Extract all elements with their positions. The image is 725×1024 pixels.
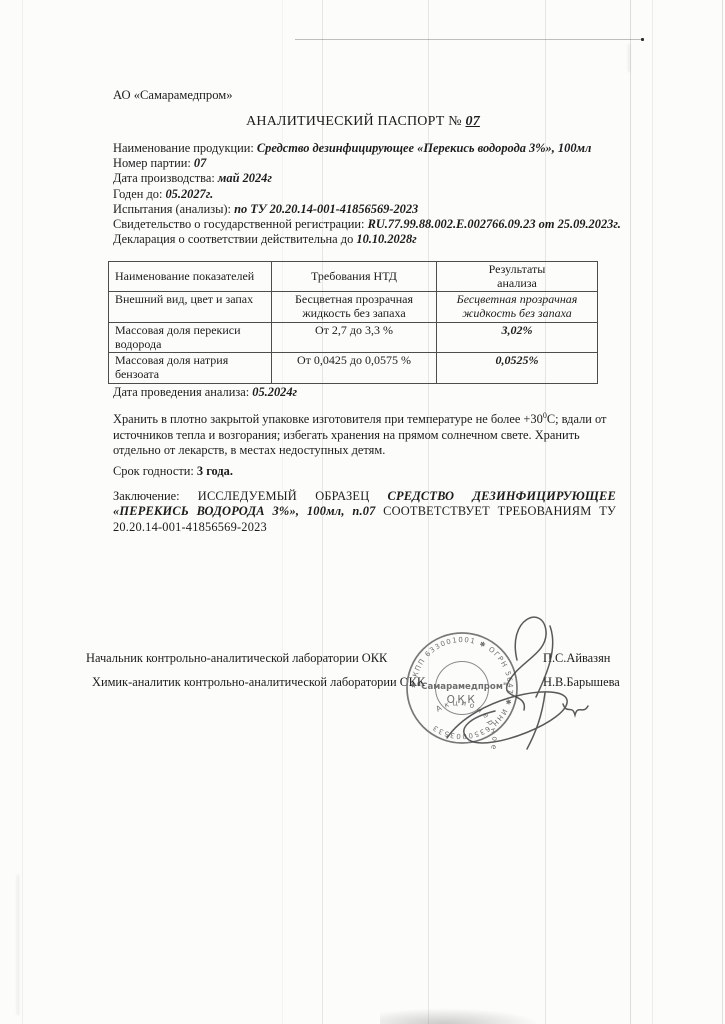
analysis-date-line: Дата проведения анализа: 05.2024г: [113, 385, 297, 400]
info-line-product: Наименование продукции: Средство дезинфи…: [113, 141, 625, 156]
scan-shadow: [380, 1008, 540, 1024]
info-line-production-date: Дата производства: май 2024г: [113, 171, 625, 186]
stamp-company-name: "Самарамедпром": [417, 682, 508, 692]
table-header-row: Наименование показателей Требования НТД …: [109, 262, 598, 292]
scan-scratch-line: [295, 39, 644, 40]
document-number: 07: [466, 114, 480, 129]
info-line-batch: Номер партии: 07: [113, 156, 625, 171]
info-line-expiry: Годен до: 05.2027г.: [113, 187, 625, 202]
scan-speck: [641, 38, 644, 41]
signature-ayvazyan: [507, 617, 547, 710]
storage-conditions: Хранить в плотно закрытой упаковке изгот…: [113, 408, 623, 458]
cell-requirement: От 2,7 до 3,3 %: [272, 323, 437, 353]
signature-barysheva: [447, 692, 567, 743]
stamp-okk-label: ОКК: [447, 694, 478, 706]
cell-requirement: Бесцветная прозрачная жидкость без запах…: [272, 292, 437, 323]
info-line-tests: Испытания (анализы): по ТУ 20.20.14-001-…: [113, 202, 625, 217]
cell-indicator: Внешний вид, цвет и запах: [109, 292, 272, 323]
cell-result: 0,0525%: [437, 353, 598, 383]
company-name: АО «Самарамедпром»: [113, 88, 233, 103]
document-title: АНАЛИТИЧЕСКИЙ ПАСПОРТ № 07: [113, 114, 613, 130]
shelf-life-line: Срок годности: 3 года.: [113, 464, 233, 479]
signature-barysheva-stroke: [527, 693, 545, 749]
signature-barysheva-tail: [563, 704, 588, 715]
conclusion-label: Заключение:: [113, 489, 198, 503]
scan-fold-line: [722, 0, 723, 1024]
cell-requirement: От 0,0425 до 0,0575 %: [272, 353, 437, 383]
scan-smudge: [17, 875, 19, 1015]
signer-name-chemist: Н.В.Барышева: [543, 675, 620, 690]
table-row: Массовая доля перекиси водорода От 2,7 д…: [109, 323, 598, 353]
scan-fold-line: [22, 0, 23, 1024]
cell-result: Бесцветная прозрачная жидкость без запах…: [437, 292, 598, 323]
table-row: Массовая доля натрия бензоата От 0,0425 …: [109, 353, 598, 383]
signer-name-head: П.С.Айвазян: [543, 651, 610, 666]
cell-indicator: Массовая доля натрия бензоата: [109, 353, 272, 383]
table-row: Внешний вид, цвет и запах Бесцветная про…: [109, 292, 598, 323]
col-header-indicator: Наименование показателей: [109, 262, 272, 292]
signer-role-chemist: Химик-аналитик контрольно-аналитической …: [92, 675, 425, 690]
stamp-middle-ring-text: Акционерное общество: [428, 698, 500, 753]
product-info-block: Наименование продукции: Средство дезинфи…: [113, 141, 625, 247]
analysis-results-table: Наименование показателей Требования НТД …: [108, 261, 598, 384]
col-header-requirements: Требования НТД: [272, 262, 437, 292]
scan-fold-line: [652, 0, 653, 1024]
cell-result: 3,02%: [437, 323, 598, 353]
document-title-text: АНАЛИТИЧЕСКИЙ ПАСПОРТ №: [246, 114, 465, 129]
info-line-registration: Свидетельство о государственной регистра…: [113, 217, 625, 232]
scan-fold-line: [630, 0, 631, 1024]
cell-indicator: Массовая доля перекиси водорода: [109, 323, 272, 353]
signer-role-head: Начальник контрольно-аналитической лабор…: [86, 651, 387, 666]
scanned-document-page: АО «Самарамедпром» АНАЛИТИЧЕСКИЙ ПАСПОРТ…: [0, 0, 725, 1024]
col-header-results: Результаты анализа: [437, 262, 598, 292]
stamp-inner-circle: [436, 662, 489, 715]
stamp-outer-ring-text: ✱ КПП 633001001 ✱ ОГРН 5647 ✱ ИНН 635000…: [410, 636, 514, 740]
info-line-declaration: Декларация о соответствии действительна …: [113, 232, 625, 247]
scan-smudge: [628, 44, 630, 72]
conclusion-block: Заключение: ИССЛЕДУЕМЫЙ ОБРАЗЕЦ СРЕДСТВО…: [113, 489, 616, 535]
